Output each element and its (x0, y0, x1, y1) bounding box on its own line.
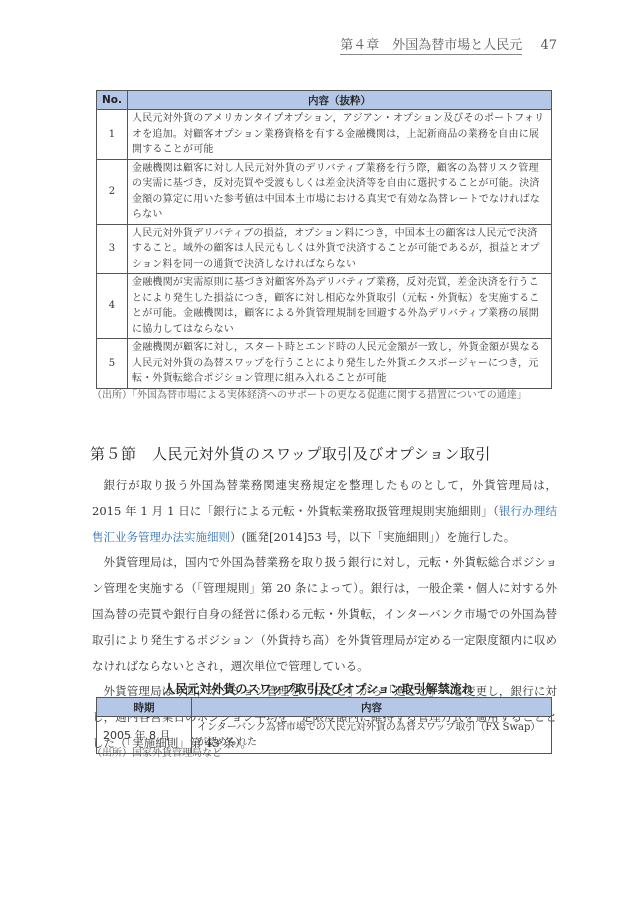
table-row: 3 人民元対外貨デリバティブの損益，オプション料につき，中国本土の顧客は人民元で… (97, 224, 552, 274)
row-number: 5 (97, 339, 128, 389)
section-title: 第５節 人民元対外貨のスワップ取引及びオプション取引 (90, 443, 491, 464)
table-row: 4 金融機関が実需原則に基づき対顧客外為デリバティブ業務，反対売買，差金決済を行… (97, 274, 552, 339)
table-row: 1 人民元対外貨のアメリカンタイプオプション，アジアン・オプション及びそのポート… (97, 110, 552, 160)
col-header-content: 内容（抜粋） (128, 91, 552, 110)
row-number: 4 (97, 274, 128, 339)
row-content: 金融機関が実需原則に基づき対顧客外為デリバティブ業務，反対売買，差金決済を行うこ… (128, 274, 552, 339)
page-number: 47 (540, 38, 557, 53)
row-content: 人民元対外貨デリバティブの損益，オプション料につき，中国本土の顧客は人民元で決済… (128, 224, 552, 274)
paragraph-text: ）(匯発[2014]53 号，以下「実施細則」）を施行した。 (230, 530, 515, 544)
col-header-content: 内容 (192, 698, 552, 717)
paragraph-2: 外貨管理局は，国内で外国為替業務を取り扱う銀行に対し，元転・外貨転総合ポジション… (92, 550, 557, 679)
row-content: インターバンク為替市場での人民元対外貨の為替スワップ取引（FX Swap）が認め… (192, 717, 552, 754)
chapter-title: 第４章 外国為替市場と人民元 (340, 38, 522, 55)
table1-source: （出所）「外国為替市場による実体経済へのサポートの更なる促進に関する措置について… (92, 388, 552, 403)
col-header-period: 時期 (97, 698, 192, 717)
paragraph-text: 銀行が取り扱う外国為替業務関連実務規定を整理したものとして，外貨管理局は，201… (92, 478, 557, 518)
running-head: 第４章 外国為替市場と人民元 47 (340, 34, 557, 53)
row-number: 1 (97, 110, 128, 160)
table-row: 5 金融機関が顧客に対し，スタート時とエンド時の人民元金額が一致し，外貨金額が異… (97, 339, 552, 389)
row-content: 金融機関は顧客に対し人民元対外貨のデリバティブ業務を行う際，顧客の為替リスク管理… (128, 159, 552, 224)
table-row: 2 金融機関は顧客に対し人民元対外貨のデリバティブ業務を行う際，顧客の為替リスク… (97, 159, 552, 224)
table2-source: （出所）国家外貨管理局など (92, 746, 222, 761)
row-content: 人民元対外貨のアメリカンタイプオプション，アジアン・オプション及びそのポートフォ… (128, 110, 552, 160)
table2-title: 人民元対外貨のスワップ取引及びオプション取引解禁流れ (0, 680, 637, 697)
measures-table: No. 内容（抜粋） 1 人民元対外貨のアメリカンタイプオプション，アジアン・オ… (96, 90, 552, 389)
row-number: 2 (97, 159, 128, 224)
paragraph-1: 銀行が取り扱う外国為替業務関連実務規定を整理したものとして，外貨管理局は，201… (92, 473, 557, 550)
col-header-no: No. (97, 91, 128, 110)
row-number: 3 (97, 224, 128, 274)
row-content: 金融機関が顧客に対し，スタート時とエンド時の人民元金額が一致し，外貨金額が異なる… (128, 339, 552, 389)
